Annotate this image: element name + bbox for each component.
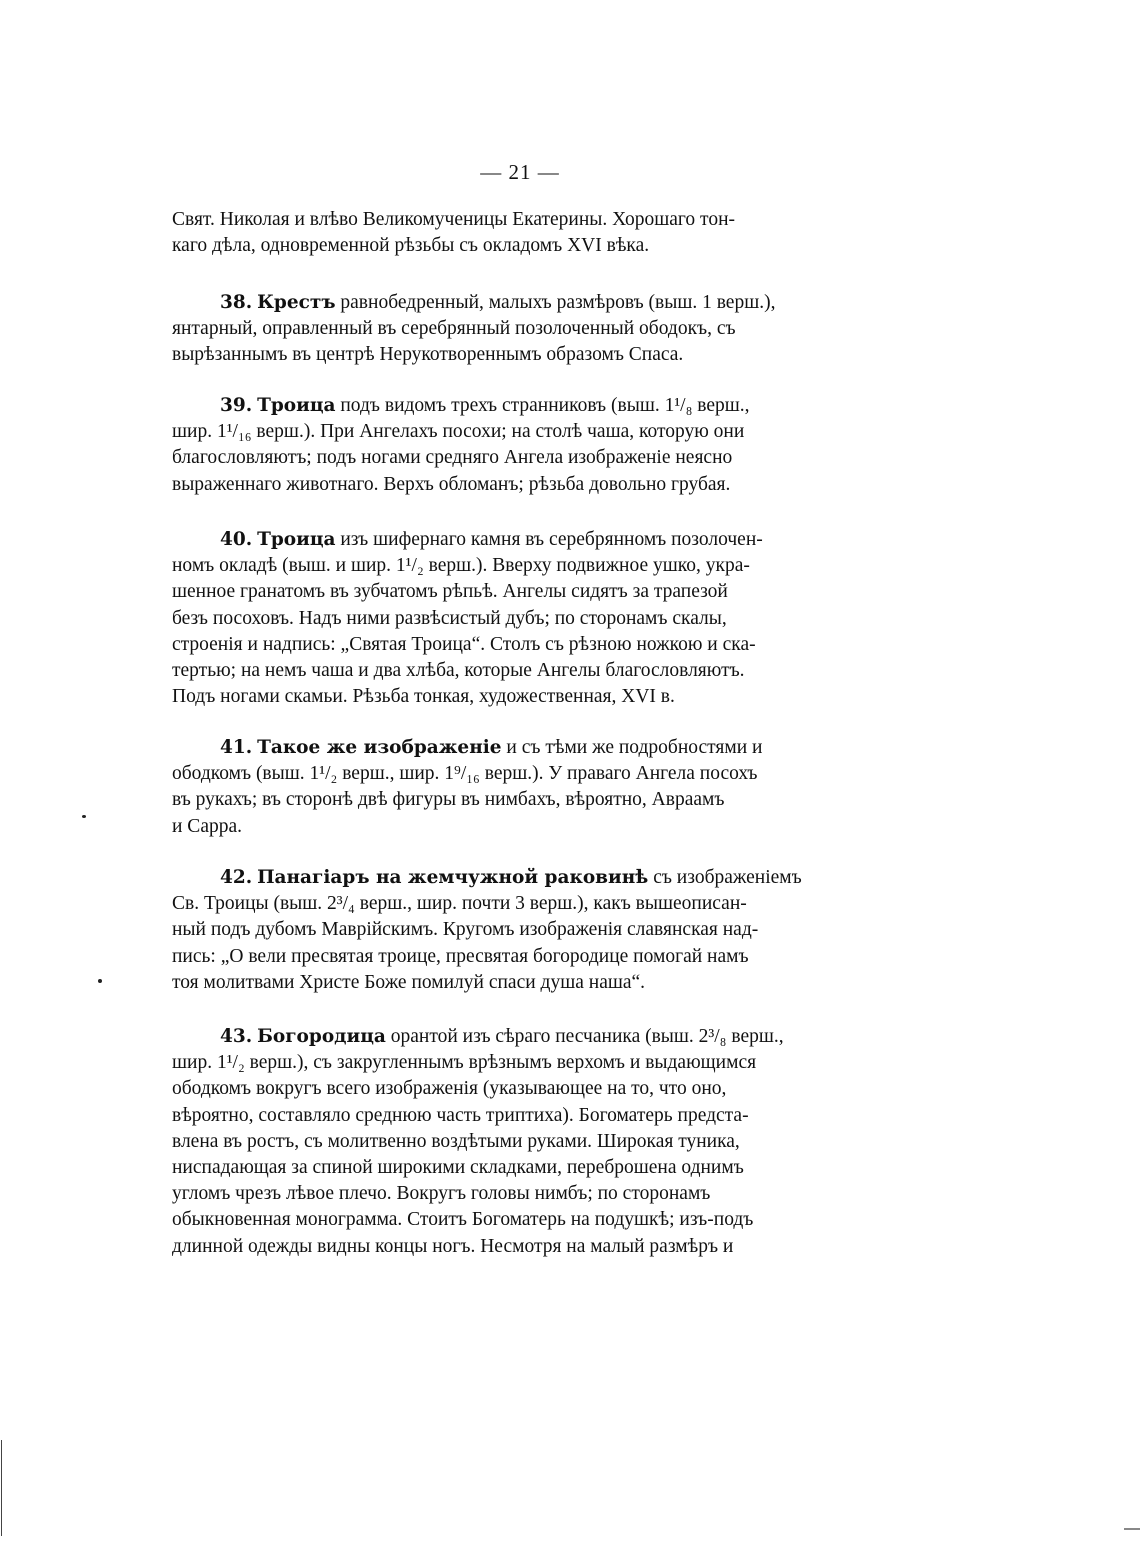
scan-corner-mark bbox=[1124, 1528, 1140, 1530]
text-line: шир. 1¹/₁₆ верш.). При Ангелахъ посохи; … bbox=[172, 419, 862, 445]
text-line: ободкомъ (выш. 1¹/₂ верш., шир. 1⁹/₁₆ ве… bbox=[172, 761, 862, 787]
text-line: выраженнаго животнаго. Верхъ обломанъ; р… bbox=[172, 472, 862, 498]
text-line: безъ посоховъ. Надъ ними развѣсистый дуб… bbox=[172, 606, 862, 632]
entry-title: Крестъ bbox=[257, 292, 335, 313]
text-line: пись: „О вели пресвятая троице, пресвята… bbox=[172, 944, 862, 970]
scan-margin-line bbox=[1, 1440, 2, 1536]
text-line: влена въ ростъ, съ молитвенно воздѣтыми … bbox=[172, 1129, 862, 1155]
catalog-entry-40: 40. Троица изъ шифернаго камня въ серебр… bbox=[172, 527, 862, 710]
continuation-paragraph: Свят. Николая и влѣво Великомученицы Ека… bbox=[172, 207, 862, 259]
text-line: ниспадающая за спиной широкими складками… bbox=[172, 1155, 862, 1181]
text-line: и Сарра. bbox=[172, 814, 862, 840]
text-line: ободкомъ вокругъ всего изображенія (указ… bbox=[172, 1076, 862, 1102]
text-line: въ рукахъ; въ сторонѣ двѣ фигуры въ нимб… bbox=[172, 787, 862, 813]
scan-speck bbox=[82, 815, 86, 818]
text-line: строенія и надпись: „Святая Троица“. Сто… bbox=[172, 632, 862, 658]
entry-title: Богородица bbox=[257, 1026, 386, 1047]
entry-number: 42. bbox=[220, 867, 252, 888]
text-line: подъ видомъ трехъ странниковъ (выш. 1¹/₈… bbox=[335, 395, 749, 416]
text-line: благословляютъ; подъ ногами средняго Анг… bbox=[172, 445, 862, 471]
entry-title: Такое же изображеніе bbox=[257, 737, 501, 758]
scan-speck bbox=[98, 979, 102, 983]
entry-title: Троица bbox=[257, 395, 335, 416]
text-line: Подъ ногами скамьи. Рѣзьба тонкая, худож… bbox=[172, 684, 862, 710]
text-line: вѣроятно, составляло среднюю часть трипт… bbox=[172, 1103, 862, 1129]
catalog-entry-38: 38. Крестъ равнобедренный, малыхъ размѣр… bbox=[172, 290, 862, 369]
text-line: шенное гранатомъ въ зубчатомъ рѣпьѣ. Анг… bbox=[172, 579, 862, 605]
entry-title: Троица bbox=[257, 529, 335, 550]
catalog-entry-41: 41. Такое же изображеніе и съ тѣми же по… bbox=[172, 735, 862, 840]
catalog-entry-43: 43. Богородица орантой изъ сѣраго песчан… bbox=[172, 1024, 862, 1260]
text-line: Св. Троицы (выш. 2³/₄ верш., шир. почти … bbox=[172, 891, 862, 917]
catalog-entry-39: 39. Троица подъ видомъ трехъ странниковъ… bbox=[172, 393, 862, 498]
text-line: орантой изъ сѣраго песчаника (выш. 2³/₈ … bbox=[386, 1026, 784, 1047]
entry-number: 39. bbox=[220, 395, 252, 416]
text-line: угломъ чрезъ лѣвое плечо. Вокругъ головы… bbox=[172, 1181, 862, 1207]
text-line: шир. 1¹/₂ верш.), съ закругленнымъ врѣзн… bbox=[172, 1050, 862, 1076]
catalog-entry-42: 42. Панагіаръ на жемчужной раковинѣ съ и… bbox=[172, 865, 862, 996]
text-line: обыкновенная монограмма. Стоитъ Богомате… bbox=[172, 1207, 862, 1233]
entry-number: 40. bbox=[220, 529, 252, 550]
text-line: равнобедренный, малыхъ размѣровъ (выш. 1… bbox=[336, 292, 776, 313]
text-line: длинной одежды видны концы ногъ. Несмотр… bbox=[172, 1234, 862, 1260]
text-line: изъ шифернаго камня въ серебрянномъ позо… bbox=[335, 529, 762, 550]
text-line: номъ окладѣ (выш. и шир. 1¹/₂ верш.). Вв… bbox=[172, 553, 862, 579]
text-line: янтарный, оправленный въ серебрянный поз… bbox=[172, 316, 862, 342]
entry-number: 38. bbox=[220, 292, 252, 313]
text-line: и съ тѣми же подробностями и bbox=[502, 737, 763, 758]
text-line: тоя молитвами Христе Боже помилуй спаси … bbox=[172, 970, 862, 996]
text-line: съ изображеніемъ bbox=[648, 867, 801, 888]
text-line: Свят. Николая и влѣво Великомученицы Ека… bbox=[172, 207, 862, 233]
entry-number: 41. bbox=[220, 737, 252, 758]
entry-title: Панагіаръ на жемчужной раковинѣ bbox=[257, 867, 648, 888]
text-line: тертью; на немъ чаша и два хлѣба, которы… bbox=[172, 658, 862, 684]
text-line: каго дѣла, одновременной рѣзьбы съ оклад… bbox=[172, 233, 862, 259]
entry-number: 43. bbox=[220, 1026, 252, 1047]
text-line: ный подъ дубомъ Маврійскимъ. Кругомъ изо… bbox=[172, 917, 862, 943]
page-number: — 21 — bbox=[0, 160, 1040, 185]
text-line: вырѣзаннымъ въ центрѣ Нерукотвореннымъ о… bbox=[172, 342, 862, 368]
